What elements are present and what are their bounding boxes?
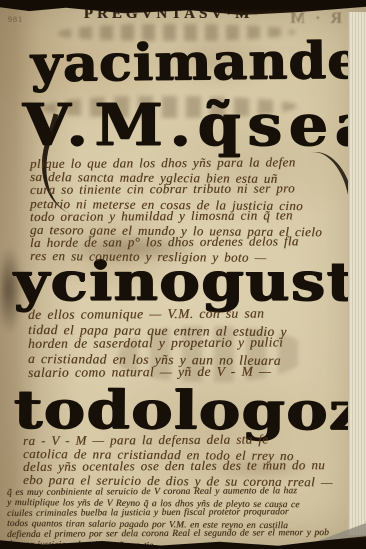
handwritten-paragraph-b: de ellos comunique — V.M. con su san tid…	[28, 308, 287, 381]
handwritten-paragraph-a: plique lo que dan los dhos yñs para la d…	[30, 157, 322, 263]
handwritten-line: plique lo que dan los dhos yñs para la d…	[30, 155, 322, 170]
manuscript-photo: 981 PREGVNTASV·M· R·M yacimande V.M.q̃se…	[0, 0, 366, 549]
manuscript-page: 981 PREGVNTASV·M· R·M yacimande V.M.q̃se…	[0, 0, 366, 549]
handwritten-line: res en su conuento y resligion y boto —	[30, 249, 322, 264]
handwritten-line: salario como natural — yñ de V - M —	[28, 365, 287, 381]
page-fore-edge	[348, 12, 366, 535]
handwritten-line: de ellos comunique — V.M. con su san	[28, 306, 287, 322]
mirrored-bleedthrough-text: R·M	[280, 10, 342, 28]
handwritten-paragraph-d: q̃ es muy conbiniente al seruicio de V c…	[7, 488, 329, 549]
calligraphic-line-1: yacimande	[30, 31, 363, 94]
handwritten-line: ciuiles criminales buelba la justicia y …	[7, 507, 329, 519]
handwritten-line: cura so tiniente cin cobrar tributo ni s…	[30, 182, 322, 197]
handwritten-paragraph-c: ra - V - M — para la defensa dela sta fe…	[23, 435, 333, 487]
handwritten-line: q̃ es muy conbiniente al seruicio de V c…	[7, 486, 329, 498]
book-gutter-edge	[0, 0, 18, 549]
handwritten-line: defienda el primero por ser dela corona …	[7, 528, 329, 540]
handwritten-line: la horde de san p° los dhos ordenes delo…	[30, 234, 322, 249]
handwritten-line: horden de saserdotal y propetario y puli…	[28, 336, 287, 352]
handwritten-line: todo oracion y humildad y limosna cin q̃…	[30, 208, 322, 223]
